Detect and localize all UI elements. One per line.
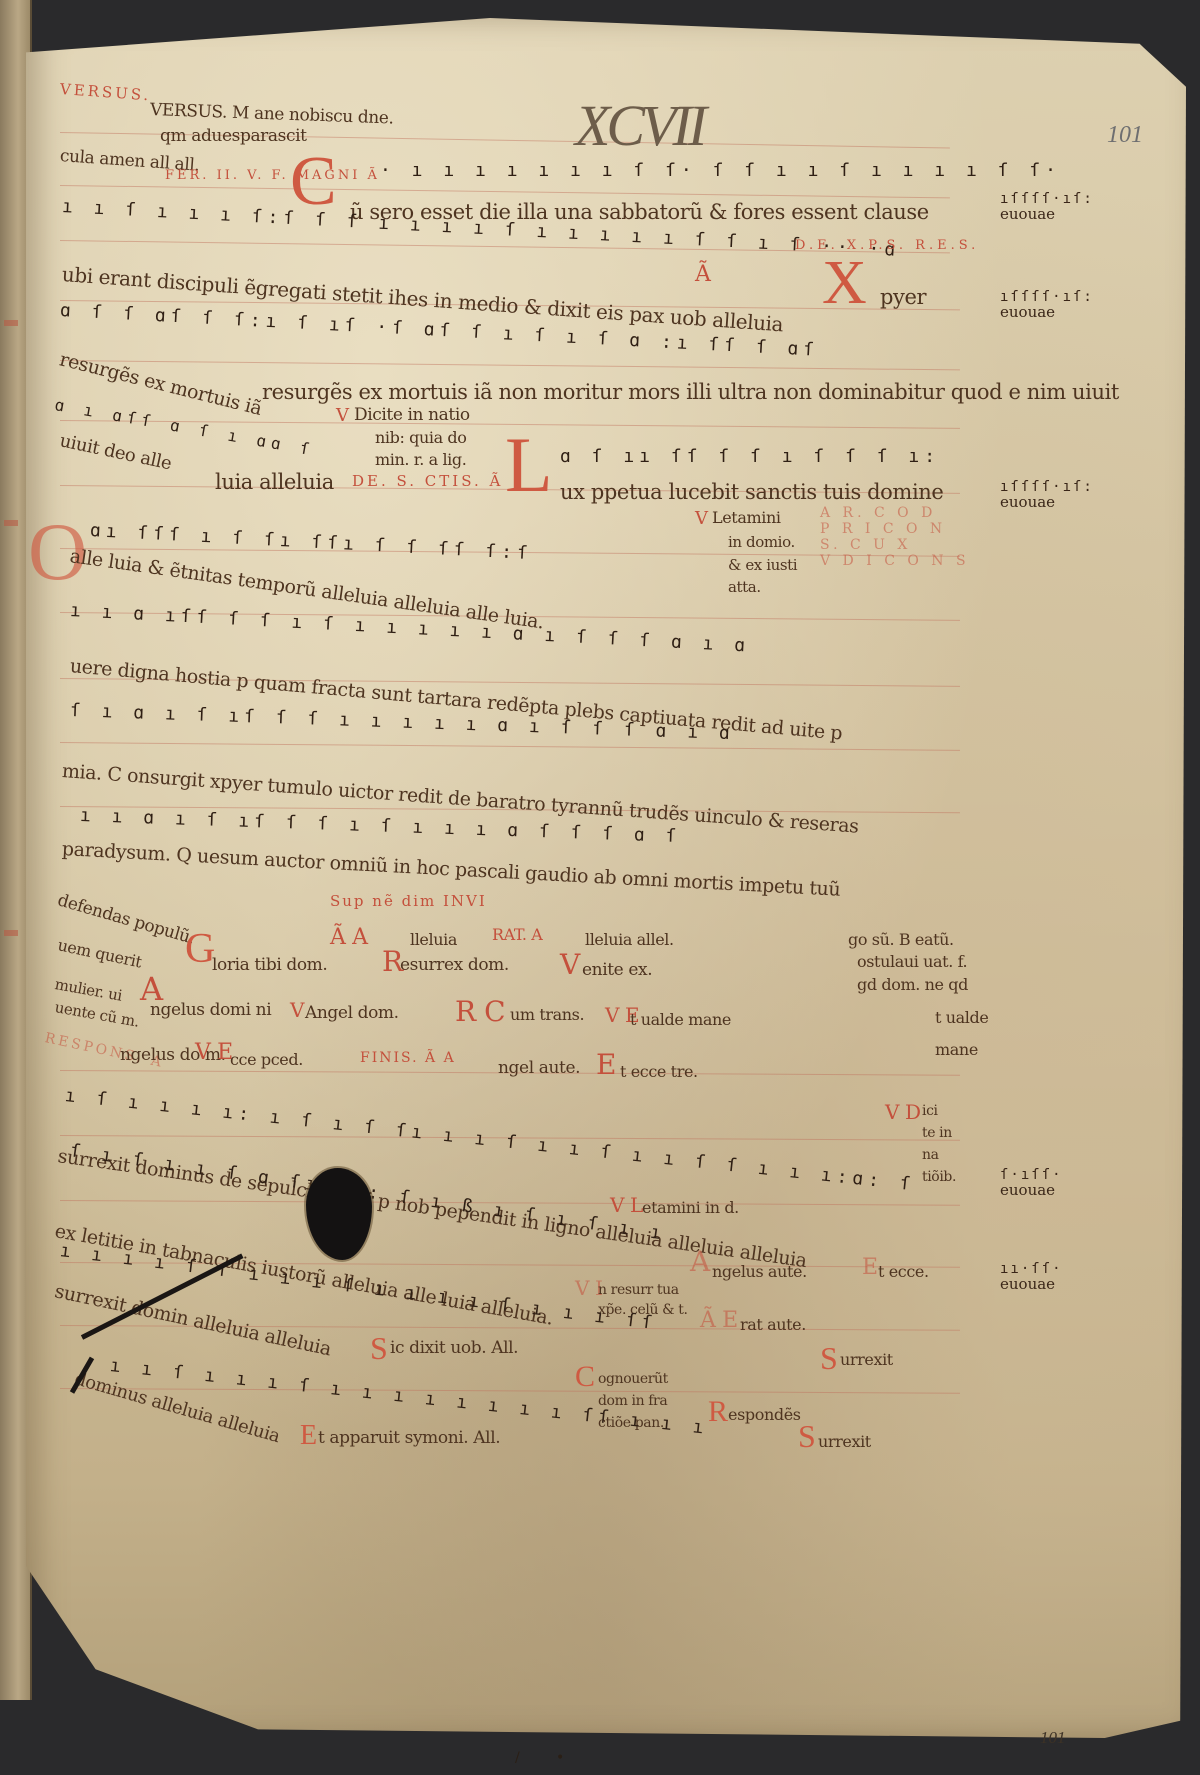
text-ualde-mane: t ualde mane <box>630 1010 731 1029</box>
rubric-v-ecce: V E <box>195 1040 233 1065</box>
text-resurrex: esurrex dom. <box>400 955 509 975</box>
text-angelus-aute: ngelus aute. <box>712 1262 807 1281</box>
text-line-2: qm aduesparascit <box>160 126 307 146</box>
text-et-ualde: t ualde <box>935 1008 988 1027</box>
neume-row-1: · ı ı ı ı ı ı ı ſ ſ· ſ ſ ı ı ſ ı ı ı ı ſ… <box>380 160 1061 181</box>
folio-number-top: 101 <box>1107 122 1143 149</box>
initial-l: L <box>505 420 553 510</box>
rubric-antiphon-mark: Ã <box>695 262 711 287</box>
text-angel-dom: Angel dom. <box>305 1003 399 1023</box>
bottom-ink-dot: • <box>556 1750 564 1766</box>
text-surrexit-2: urrexit <box>818 1432 871 1451</box>
initial-g: G <box>185 925 215 973</box>
margin-tone-1: ıſſſſ·ıſ: euouae <box>1000 192 1094 222</box>
rubric-v-angel: V <box>290 998 304 1022</box>
text-nib-quia: nib: quia do <box>375 428 467 447</box>
text-luia-alleluia: luia alleluia <box>215 470 334 494</box>
tone-label: euouae <box>1000 1183 1063 1199</box>
tone-label: euouae <box>1000 1277 1063 1293</box>
initial-r-respondens: R <box>708 1395 728 1429</box>
rubric-de-sctis: DE. S. CTIS. Ã <box>352 472 503 490</box>
rubric-rat-a: RAT. A <box>492 925 542 944</box>
rubric-v-letamini-2: V L <box>610 1193 643 1217</box>
text-sic-dixit: ic dixit uob. All. <box>390 1338 518 1358</box>
text-mane: mane <box>935 1040 978 1059</box>
text-letamini: Letamini <box>712 508 781 527</box>
text-line-5-end: pyer <box>880 285 926 309</box>
text-respondens: espondẽs <box>728 1405 801 1424</box>
text-venite-ex: enite ex. <box>582 960 652 980</box>
text-surrexit: urrexit <box>840 1350 893 1369</box>
text-dicite-in-nationibus: ici te in na tiõib. <box>922 1100 952 1188</box>
initial-s-surrexit-2: S <box>798 1418 816 1455</box>
rubric-finis: FINIS. Ã A <box>360 1050 456 1066</box>
rubric-v-dicite: V <box>336 405 349 426</box>
text-lux-perpetua: ux ppetua lucebit sanctis tuis domine <box>560 480 943 504</box>
rubric-sup-ne-dim: Sup nẽ dim INVI <box>330 892 487 910</box>
facing-page-rubric-mark <box>4 320 18 326</box>
rubric-a-alleluia: Ã A <box>330 925 368 950</box>
initial-c-cognouerunt: C <box>575 1360 595 1394</box>
tone-label: euouae <box>1000 305 1094 321</box>
folio-number-bottom: 101 <box>1040 1728 1066 1748</box>
text-dicite: Dicite in natio <box>354 405 470 425</box>
text-erat-aute: rat aute. <box>740 1315 806 1334</box>
text-min-r: min. r. a lig. <box>375 450 466 469</box>
text-et-apparuit: t apparuit symoni. All. <box>318 1428 500 1448</box>
rubric-v-dicite-2: V D <box>885 1100 921 1124</box>
rubric-r-cum: R C <box>455 995 505 1028</box>
text-line-6: resurgẽs ex mortuis iã non moritur mors … <box>262 380 1119 404</box>
text-ex-iusti: & ex iusti <box>728 556 797 574</box>
tone-label: euouae <box>1000 207 1094 223</box>
margin-tone-2: ıſſſſ·ıſ: euouae <box>1000 290 1094 320</box>
roman-foliation: XCVII <box>575 92 703 159</box>
text-cum-trans: um trans. <box>510 1005 584 1024</box>
bottom-ink-mark: / <box>515 1750 520 1766</box>
text-angelus-domini: ngelus domi ni <box>150 1000 271 1020</box>
text-gloria-tibi: loria tibi dom. <box>212 955 327 975</box>
text-letamini-in-d: etamini in d. <box>642 1198 739 1217</box>
initial-x: X <box>822 248 867 319</box>
faded-rubric-block: A R. C O DP R I C O NS. C U XV D I C O N… <box>820 505 970 569</box>
text-atta: atta. <box>728 578 761 596</box>
margin-tone-4: ſ·ıſſ· euouae <box>1000 1168 1063 1198</box>
tone-label: euouae <box>1000 495 1094 511</box>
text-ecce-pced: cce pced. <box>230 1050 303 1069</box>
initial-e-et-apparuit: E <box>300 1420 317 1452</box>
rubric-a-angelus-2: A <box>690 1245 710 1278</box>
initial-s-sic: S <box>370 1330 388 1367</box>
margin-tone-3: ıſſſſ·ıſ: euouae <box>1000 480 1094 510</box>
text-alleluia-allel: lleluia allel. <box>585 930 674 949</box>
text-et-ecce: t ecce. <box>878 1262 929 1281</box>
rubric-e-et-ecce: E <box>596 1048 616 1081</box>
rubric-v-venite: V <box>560 948 580 981</box>
facing-page-rubric-mark <box>4 930 18 936</box>
neume-row-5: ɑ ſ ıı ſſ ſ ſ ı ſ ſ ſ ı: <box>560 446 940 467</box>
margin-tone-5: ıı·ſſ· euouae <box>1000 1262 1063 1292</box>
text-lleluia: lleluia <box>410 930 457 949</box>
facing-page-rubric-mark <box>4 520 18 526</box>
rubric-e-et-ecce-2: E <box>862 1255 878 1280</box>
text-et-ecce-tre: t ecce tre. <box>620 1062 698 1081</box>
rubric-erat: Ã E <box>700 1308 738 1333</box>
rubric-v-letamini: V <box>695 508 708 529</box>
rubric-fer-ii: FER. II. V. F. MAGNI Ã <box>165 168 380 183</box>
text-postulaui: ostulaui uat. f. <box>857 952 967 971</box>
text-ego-sum-beatum: go sũ. B eatũ. <box>848 930 954 949</box>
text-quod-dominum: gd dom. ne qd <box>857 975 968 994</box>
text-angel-aute: ngel aute. <box>498 1058 580 1078</box>
text-in-domino: in domio. <box>728 533 795 551</box>
initial-s-surrexit: S <box>820 1340 838 1377</box>
